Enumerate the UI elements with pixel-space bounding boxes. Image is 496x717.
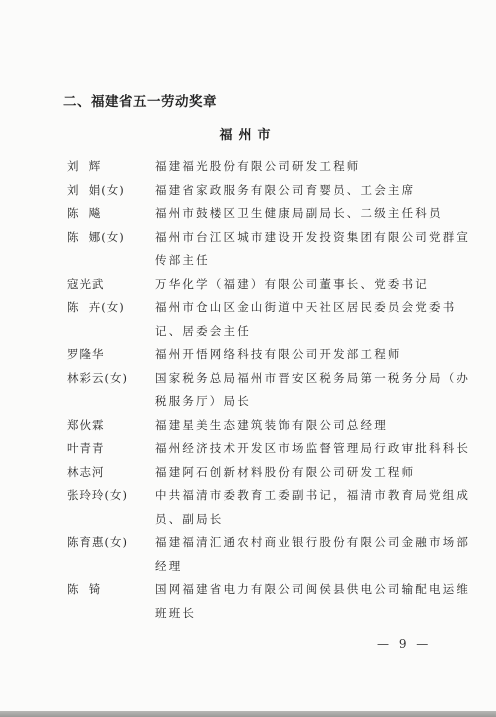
awardee-name: 陈育惠(女) bbox=[67, 531, 155, 578]
list-item: 刘 娟(女) 福建省家政服务有限公司育婴员、工会主席 bbox=[67, 179, 477, 203]
list-item: 陈 卉(女) 福州市仓山区金山街道中天社区居民委员会党委书记、居委会主任 bbox=[67, 296, 477, 343]
awardee-name: 林彩云(女) bbox=[67, 367, 155, 414]
section-title: 二、福建省五一劳动奖章 bbox=[63, 90, 217, 110]
page-bottom-edge bbox=[0, 711, 496, 717]
list-item: 林志河 福建阿石创新材料股份有限公司研发工程师 bbox=[67, 461, 477, 485]
awardee-description: 福州开悟网络科技有限公司开发部工程师 bbox=[155, 343, 475, 367]
list-item: 张玲玲(女) 中共福清市委教育工委副书记，福清市教育局党组成员、副局长 bbox=[67, 484, 477, 531]
awardee-description: 国家税务总局福州市晋安区税务局第一税务分局（办税服务厅）局长 bbox=[155, 367, 475, 414]
awardee-description: 福州市仓山区金山街道中天社区居民委员会党委书记、居委会主任 bbox=[155, 296, 475, 343]
awardee-description: 福州经济技术开发区市场监督管理局行政审批科科长 bbox=[155, 437, 475, 461]
awardee-description: 福州市台江区城市建设开发投资集团有限公司党群宣传部主任 bbox=[155, 226, 475, 273]
list-item: 刘 辉 福建福光股份有限公司研发工程师 bbox=[67, 155, 477, 179]
list-item: 陈育惠(女) 福建福清汇通农村商业银行股份有限公司金融市场部经理 bbox=[67, 531, 477, 578]
city-title: 福州市 bbox=[0, 124, 496, 143]
list-item: 罗隆华 福州开悟网络科技有限公司开发部工程师 bbox=[67, 343, 477, 367]
awardee-description: 福建星美生态建筑装饰有限公司总经理 bbox=[155, 414, 475, 438]
awardee-name: 张玲玲(女) bbox=[67, 484, 155, 531]
awardee-name: 陈 锜 bbox=[67, 578, 155, 625]
awardee-name: 刘 辉 bbox=[67, 155, 155, 179]
awardee-description: 中共福清市委教育工委副书记，福清市教育局党组成员、副局长 bbox=[155, 484, 475, 531]
list-item: 林彩云(女) 国家税务总局福州市晋安区税务局第一税务分局（办税服务厅）局长 bbox=[67, 367, 477, 414]
awardee-description: 福建省家政服务有限公司育婴员、工会主席 bbox=[155, 179, 475, 203]
document-page: 二、福建省五一劳动奖章 福州市 刘 辉 福建福光股份有限公司研发工程师 刘 娟(… bbox=[0, 0, 496, 712]
awardee-name: 陈 卉(女) bbox=[67, 296, 155, 343]
awardee-name: 林志河 bbox=[67, 461, 155, 485]
page-number: — 9 — bbox=[377, 637, 431, 651]
list-item: 陈 飚 福州市鼓楼区卫生健康局副局长、二级主任科员 bbox=[67, 202, 477, 226]
list-item: 陈 娜(女) 福州市台江区城市建设开发投资集团有限公司党群宣传部主任 bbox=[67, 226, 477, 273]
awardee-description: 福建福光股份有限公司研发工程师 bbox=[155, 155, 475, 179]
awardee-name: 罗隆华 bbox=[67, 343, 155, 367]
awardee-description: 福州市鼓楼区卫生健康局副局长、二级主任科员 bbox=[155, 202, 475, 226]
list-item: 寇光武 万华化学（福建）有限公司董事长、党委书记 bbox=[67, 273, 477, 297]
awardee-list: 刘 辉 福建福光股份有限公司研发工程师 刘 娟(女) 福建省家政服务有限公司育婴… bbox=[67, 155, 477, 625]
list-item: 郑伙霖 福建星美生态建筑装饰有限公司总经理 bbox=[67, 414, 477, 438]
list-item: 陈 锜 国网福建省电力有限公司闽侯县供电公司输配电运维班班长 bbox=[67, 578, 477, 625]
awardee-name: 刘 娟(女) bbox=[67, 179, 155, 203]
awardee-name: 叶青青 bbox=[67, 437, 155, 461]
awardee-name: 陈 娜(女) bbox=[67, 226, 155, 273]
awardee-name: 寇光武 bbox=[67, 273, 155, 297]
awardee-description: 万华化学（福建）有限公司董事长、党委书记 bbox=[155, 273, 475, 297]
awardee-name: 陈 飚 bbox=[67, 202, 155, 226]
awardee-description: 福建阿石创新材料股份有限公司研发工程师 bbox=[155, 461, 475, 485]
awardee-description: 福建福清汇通农村商业银行股份有限公司金融市场部经理 bbox=[155, 531, 475, 578]
list-item: 叶青青 福州经济技术开发区市场监督管理局行政审批科科长 bbox=[67, 437, 477, 461]
awardee-name: 郑伙霖 bbox=[67, 414, 155, 438]
awardee-description: 国网福建省电力有限公司闽侯县供电公司输配电运维班班长 bbox=[155, 578, 475, 625]
